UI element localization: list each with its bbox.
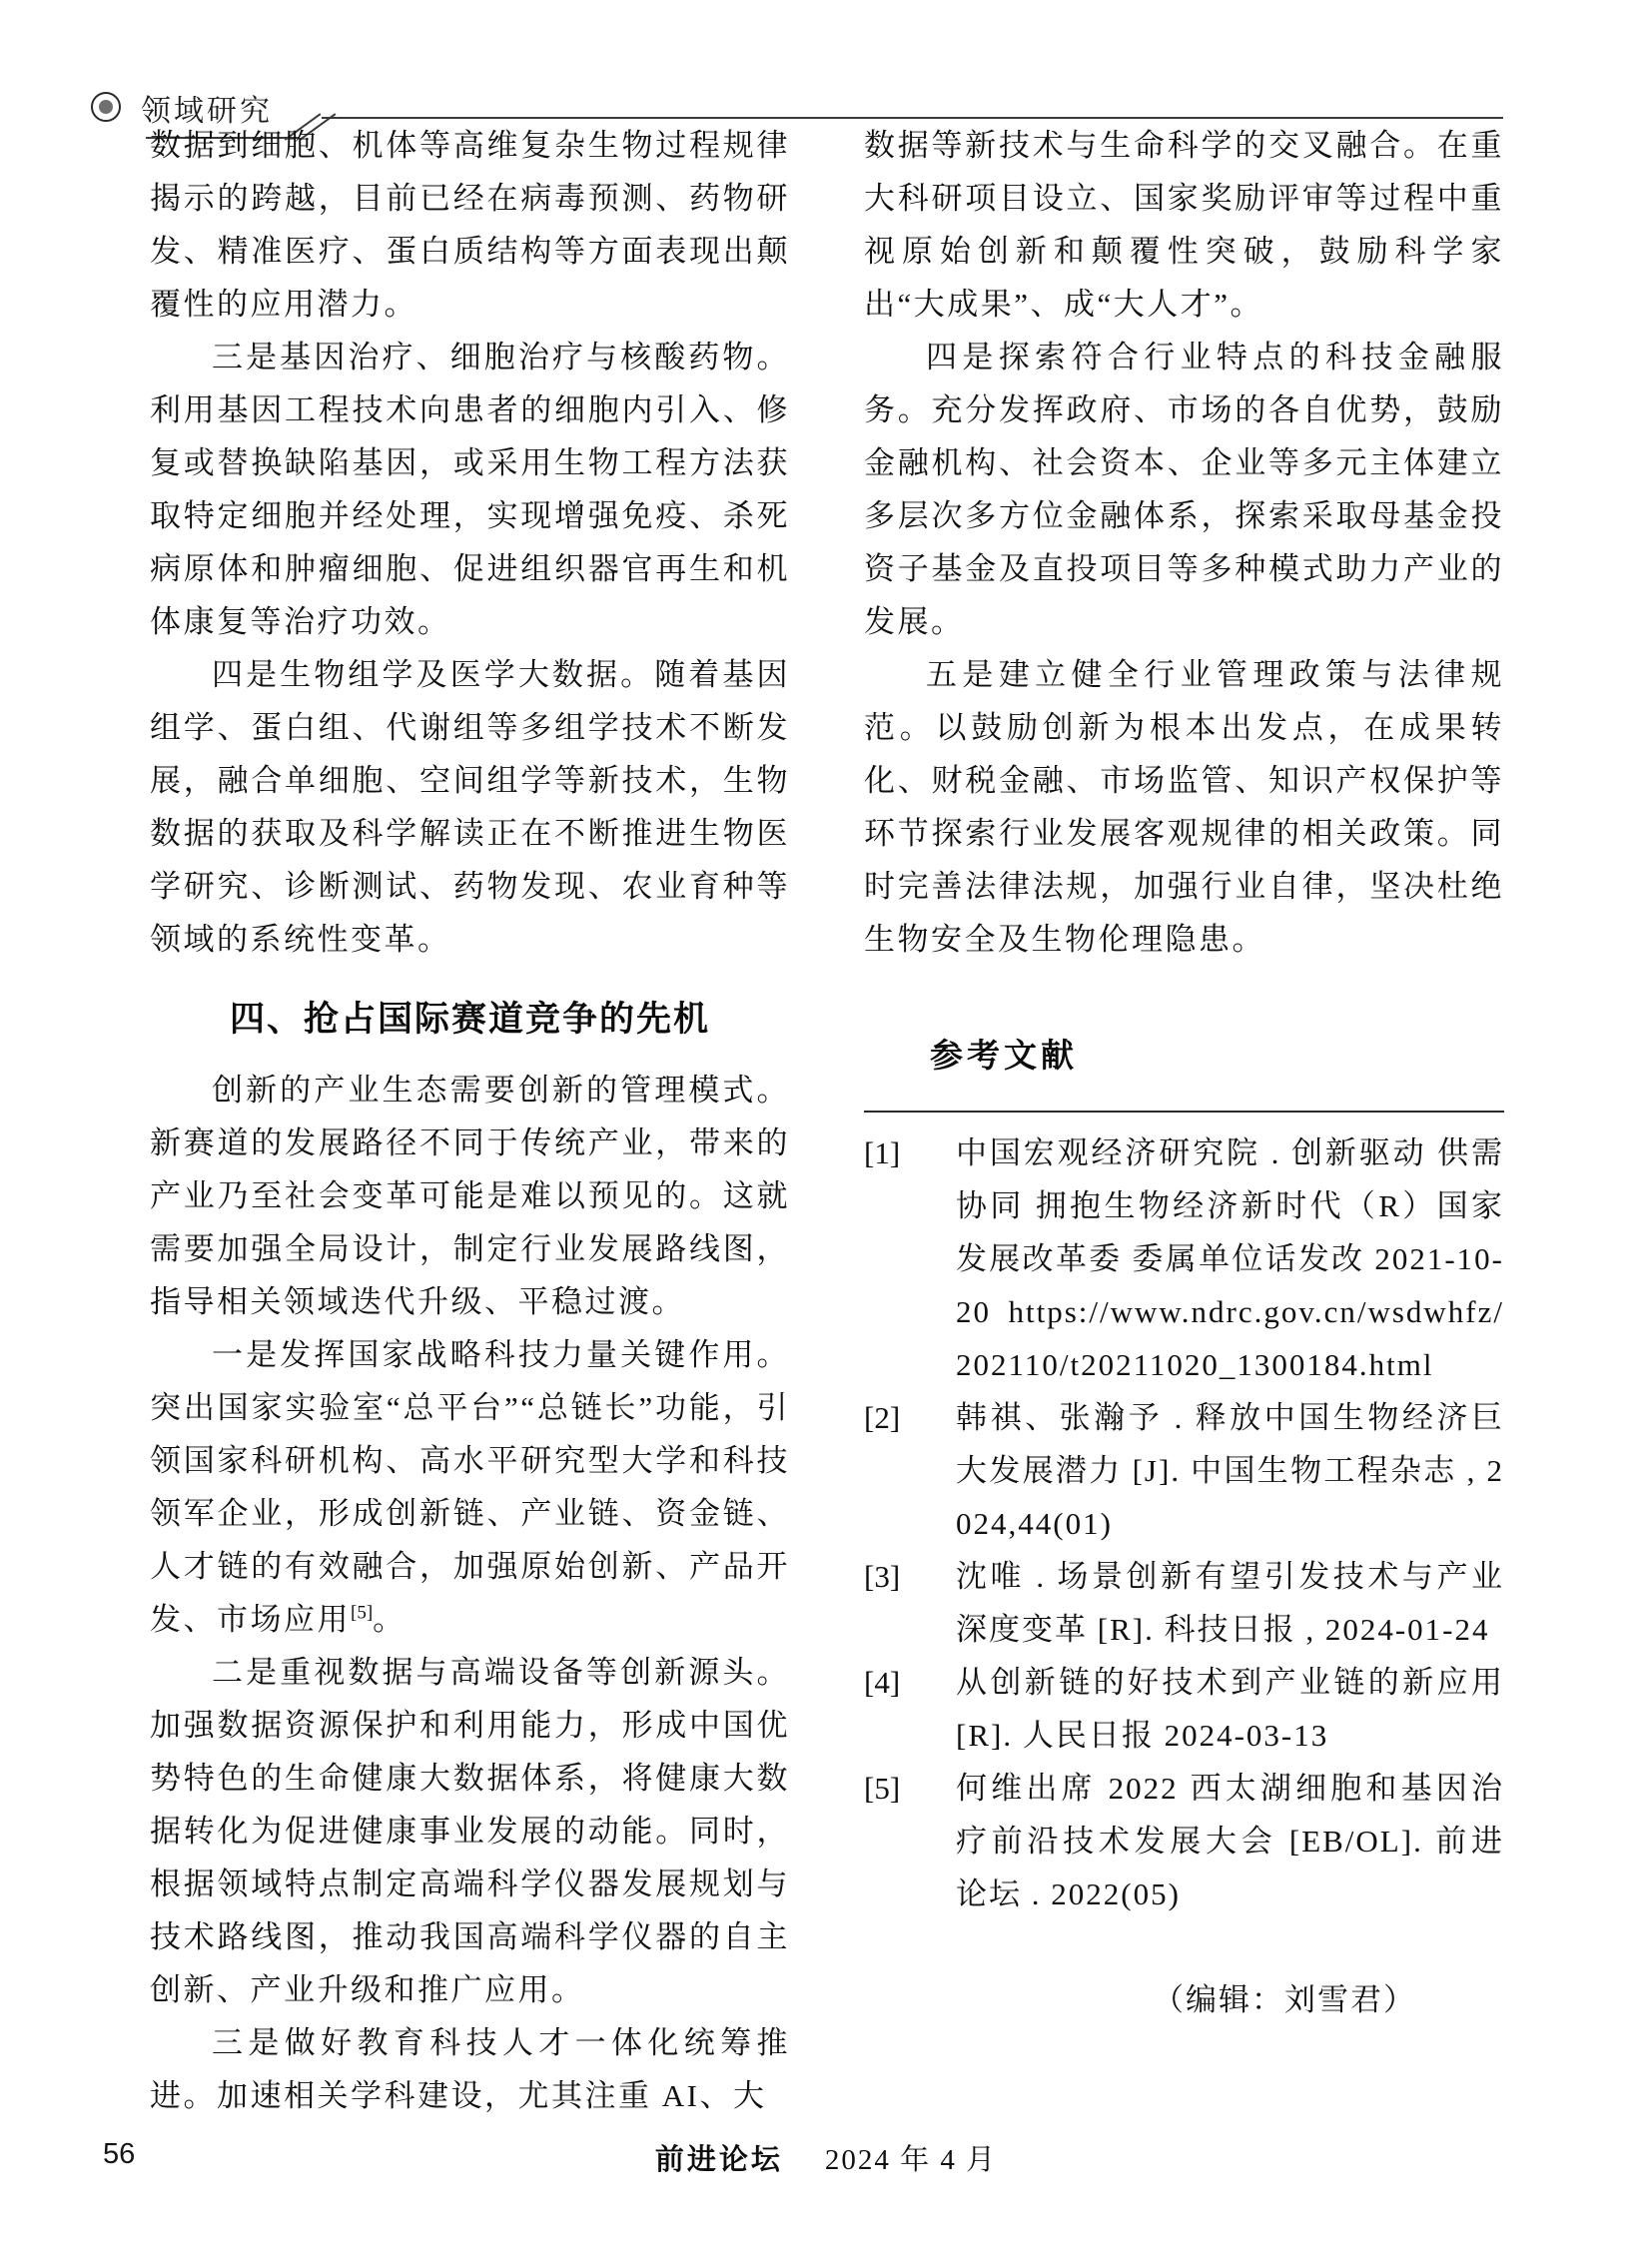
paragraph-national-strategy: 一是发挥国家战略科技力量关键作用。突出国家实验室“总平台”“总链长”功能，引领国… bbox=[150, 1328, 790, 1646]
section-heading: 四、抢占国际赛道竞争的先机 bbox=[150, 992, 790, 1042]
reference-text: 沈唯 . 场景创新有望引发技术与产业深度变革 [R]. 科技日报 , 2024-… bbox=[956, 1550, 1504, 1656]
reference-marker: [5] bbox=[864, 1762, 920, 1920]
bullseye-icon-dot bbox=[99, 100, 113, 114]
journal-page: 领域研究 数据到细胞、机体等高维复杂生物过程规律揭示的跨越，目前已经在病毒预测、… bbox=[0, 0, 1652, 2242]
reference-text: 韩祺、张瀚予 . 释放中国生物经济巨大发展潜力 [J]. 中国生物工程杂志 , … bbox=[956, 1391, 1504, 1550]
reference-marker: [3] bbox=[864, 1550, 920, 1656]
paragraph-gene-therapy: 三是基因治疗、细胞治疗与核酸药物。利用基因工程技术向患者的细胞内引入、修复或替换… bbox=[150, 331, 790, 648]
paragraph-continuation: 数据到细胞、机体等高维复杂生物过程规律揭示的跨越，目前已经在病毒预测、药物研发、… bbox=[150, 119, 790, 331]
reference-marker: [2] bbox=[864, 1391, 920, 1550]
reference-item: [1] 中国宏观经济研究院 . 创新驱动 供需协同 拥抱生物经济新时代（R）国家… bbox=[864, 1126, 1504, 1391]
right-column: 数据等新技术与生命科学的交叉融合。在重大科研项目设立、国家奖励评审等过程中重视原… bbox=[864, 119, 1504, 2122]
left-column: 数据到细胞、机体等高维复杂生物过程规律揭示的跨越，目前已经在病毒预测、药物研发、… bbox=[150, 119, 790, 2122]
paragraph-cross-fusion: 数据等新技术与生命科学的交叉融合。在重大科研项目设立、国家奖励评审等过程中重视原… bbox=[864, 119, 1504, 331]
paragraph-national-strategy-text: 一是发挥国家战略科技力量关键作用。突出国家实验室“总平台”“总链长”功能，引领国… bbox=[150, 1337, 790, 1637]
bullseye-icon bbox=[91, 92, 121, 122]
reference-item: [3] 沈唯 . 场景创新有望引发技术与产业深度变革 [R]. 科技日报 , 2… bbox=[864, 1550, 1504, 1656]
reference-text: 从创新链的好技术到产业链的新应用 [R]. 人民日报 2024-03-13 bbox=[956, 1656, 1504, 1762]
reference-text: 何维出席 2022 西太湖细胞和基因治疗前沿技术发展大会 [EB/OL]. 前进… bbox=[956, 1762, 1504, 1920]
reference-marker: [4] bbox=[864, 1656, 920, 1762]
page-footer: 前进论坛2024 年 4 月 bbox=[0, 2137, 1652, 2178]
references-list: [1] 中国宏观经济研究院 . 创新驱动 供需协同 拥抱生物经济新时代（R）国家… bbox=[864, 1126, 1504, 1920]
reference-item: [2] 韩祺、张瀚予 . 释放中国生物经济巨大发展潜力 [J]. 中国生物工程杂… bbox=[864, 1391, 1504, 1550]
citation-superscript-5: [5] bbox=[351, 1603, 373, 1624]
paragraph-education-talent: 三是做好教育科技人才一体化统筹推进。加速相关学科建设，尤其注重 AI、大 bbox=[150, 2016, 790, 2122]
references-heading: 参考文献 bbox=[930, 1030, 1504, 1077]
article-body: 数据到细胞、机体等高维复杂生物过程规律揭示的跨越，目前已经在病毒预测、药物研发、… bbox=[150, 119, 1504, 2122]
paragraph-fintech-service: 四是探索符合行业特点的科技金融服务。充分发挥政府、市场的各自优势，鼓励金融机构、… bbox=[864, 331, 1504, 648]
reference-marker: [1] bbox=[864, 1126, 920, 1391]
editor-note: （编辑：刘雪君） bbox=[864, 1974, 1504, 2019]
paragraph-national-strategy-period: 。 bbox=[373, 1602, 407, 1637]
paragraph-data-equipment: 二是重视数据与高端设备等创新源头。加强数据资源保护和利用能力，形成中国优势特色的… bbox=[150, 1646, 790, 2016]
journal-name: 前进论坛 bbox=[655, 2144, 783, 2176]
reference-item: [5] 何维出席 2022 西太湖细胞和基因治疗前沿技术发展大会 [EB/OL]… bbox=[864, 1762, 1504, 1920]
reference-text: 中国宏观经济研究院 . 创新驱动 供需协同 拥抱生物经济新时代（R）国家发展改革… bbox=[956, 1126, 1504, 1391]
reference-item: [4] 从创新链的好技术到产业链的新应用 [R]. 人民日报 2024-03-1… bbox=[864, 1656, 1504, 1762]
issue-date: 2024 年 4 月 bbox=[825, 2144, 997, 2176]
paragraph-omics-bigdata: 四是生物组学及医学大数据。随着基因组学、蛋白组、代谢组等多组学技术不断发展，融合… bbox=[150, 648, 790, 966]
references-rule bbox=[864, 1111, 1504, 1113]
paragraph-innovation-ecosystem: 创新的产业生态需要创新的管理模式。新赛道的发展路径不同于传统产业，带来的产业乃至… bbox=[150, 1064, 790, 1328]
paragraph-policy-law: 五是建立健全行业管理政策与法律规范。以鼓励创新为根本出发点，在成果转化、财税金融… bbox=[864, 648, 1504, 966]
